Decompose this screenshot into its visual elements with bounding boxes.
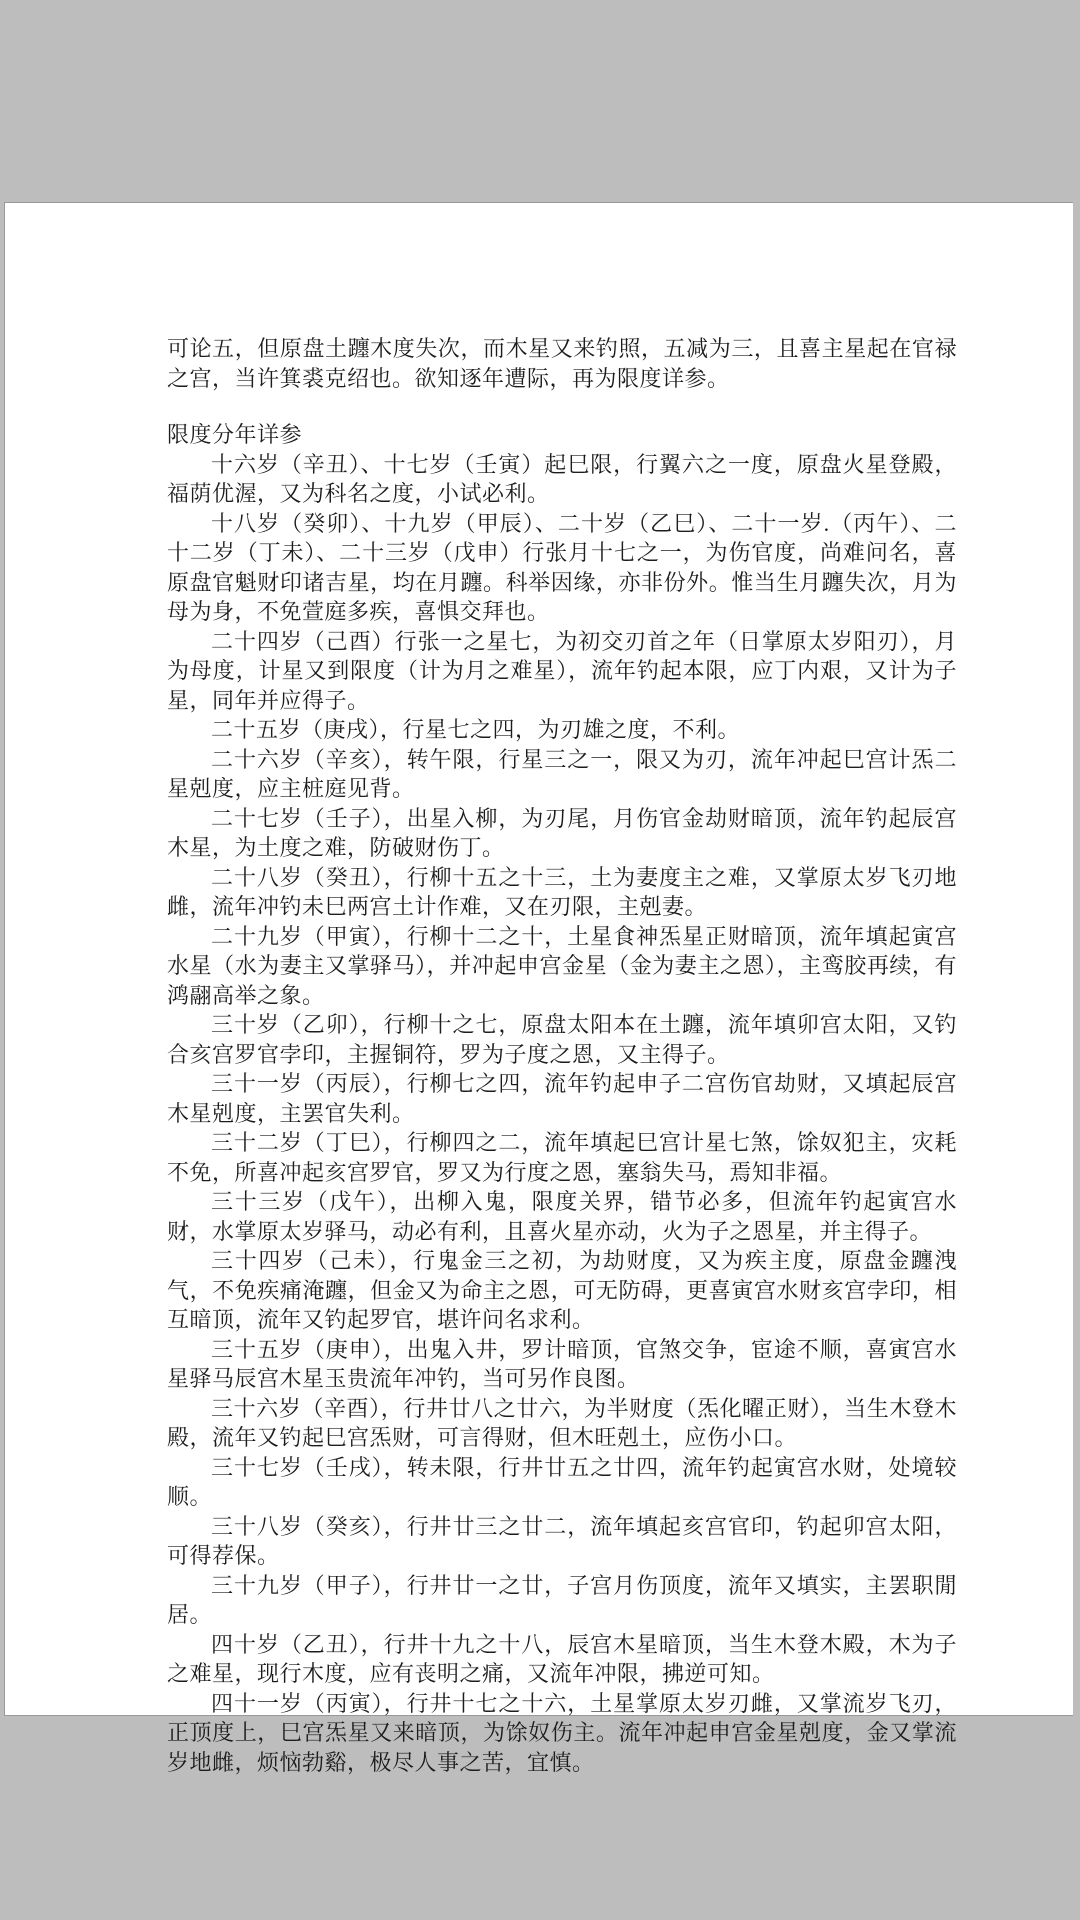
paragraph: 三十四岁（己未），行鬼金三之初，为劫财度，又为疾主度，原盘金躔洩气，不免疾痛淹躔… bbox=[167, 1246, 957, 1335]
paragraph: 三十岁（乙卯），行柳十之七，原盘太阳本在土躔，流年填卯宫太阳，又钓合亥宫罗官孛印… bbox=[167, 1010, 957, 1069]
paragraph: 十八岁（癸卯）、十九岁（甲辰）、二十岁（乙巳）、二十一岁.（丙午）、二十二岁（丁… bbox=[167, 509, 957, 627]
paragraph: 二十六岁（辛亥），转午限，行星三之一，限又为刃，流年冲起巳宫计炁二星剋度，应主桩… bbox=[167, 745, 957, 804]
paragraph: 可论五，但原盘土躔木度失次，而木星又来钓照，五减为三，且喜主星起在官禄之宫，当许… bbox=[167, 334, 957, 393]
paragraph: 十六岁（辛丑）、十七岁（壬寅）起巳限，行翼六之一度，原盘火星登殿，福荫优渥，又为… bbox=[167, 450, 957, 509]
paragraph: 三十八岁（癸亥），行井廿三之廿二，流年填起亥宫官印，钓起卯宫太阳，可得荐保。 bbox=[167, 1512, 957, 1571]
paragraph: 三十六岁（辛酉），行井廿八之廿六，为半财度（炁化曜正财），当生木登木殿，流年又钓… bbox=[167, 1394, 957, 1453]
paragraph: 三十五岁（庚申），出鬼入井，罗计暗顶，官煞交争，宦途不顺，喜寅宫水星驿马辰宫木星… bbox=[167, 1335, 957, 1394]
document-page: 可论五，但原盘土躔木度失次，而木星又来钓照，五减为三，且喜主星起在官禄之宫，当许… bbox=[4, 202, 1073, 1716]
paragraph: 二十七岁（壬子），出星入柳，为刃尾，月伤官金劫财暗顶，流年钓起辰宫木星，为土度之… bbox=[167, 804, 957, 863]
paragraph: 三十三岁（戊午），出柳入鬼，限度关界，错节必多，但流年钓起寅宫水财，水掌原太岁驿… bbox=[167, 1187, 957, 1246]
document-viewer: 可论五，但原盘土躔木度失次，而木星又来钓照，五减为三，且喜主星起在官禄之宫，当许… bbox=[0, 0, 1080, 1920]
paragraph: 四十一岁（丙寅），行井十七之十六，土星掌原太岁刃雌，又掌流岁飞刃，正顶度上，巳宫… bbox=[167, 1689, 957, 1778]
paragraph: 二十五岁（庚戌），行星七之四，为刃雄之度，不利。 bbox=[167, 715, 957, 745]
section-heading: 限度分年详参 bbox=[167, 420, 957, 450]
paragraph: 三十一岁（丙辰），行柳七之四，流年钓起申子二宫伤官劫财，又填起辰宫木星剋度，主罢… bbox=[167, 1069, 957, 1128]
page-text: 可论五，但原盘土躔木度失次，而木星又来钓照，五减为三，且喜主星起在官禄之宫，当许… bbox=[167, 334, 957, 1777]
paragraph: 三十二岁（丁巳），行柳四之二，流年填起巳宫计星七煞，馀奴犯主，灾耗不免，所喜冲起… bbox=[167, 1128, 957, 1187]
paragraph: 二十四岁（己酉）行张一之星七，为初交刃首之年（日掌原太岁阳刃），月为母度，计星又… bbox=[167, 627, 957, 716]
paragraph: 三十九岁（甲子），行井廿一之廿，子宫月伤顶度，流年又填实，主罢职閒居。 bbox=[167, 1571, 957, 1630]
paragraph: 三十七岁（壬戌），转未限，行井廿五之廿四，流年钓起寅宫水财，处境较顺。 bbox=[167, 1453, 957, 1512]
paragraph: 二十八岁（癸丑），行柳十五之十三，土为妻度主之难，又掌原太岁飞刃地雌，流年冲钓未… bbox=[167, 863, 957, 922]
paragraph: 四十岁（乙丑），行井十九之十八，辰宫木星暗顶，当生木登木殿，木为子之难星，现行木… bbox=[167, 1630, 957, 1689]
paragraph: 二十九岁（甲寅），行柳十二之十，土星食神炁星正财暗顶，流年填起寅宫水星（水为妻主… bbox=[167, 922, 957, 1011]
